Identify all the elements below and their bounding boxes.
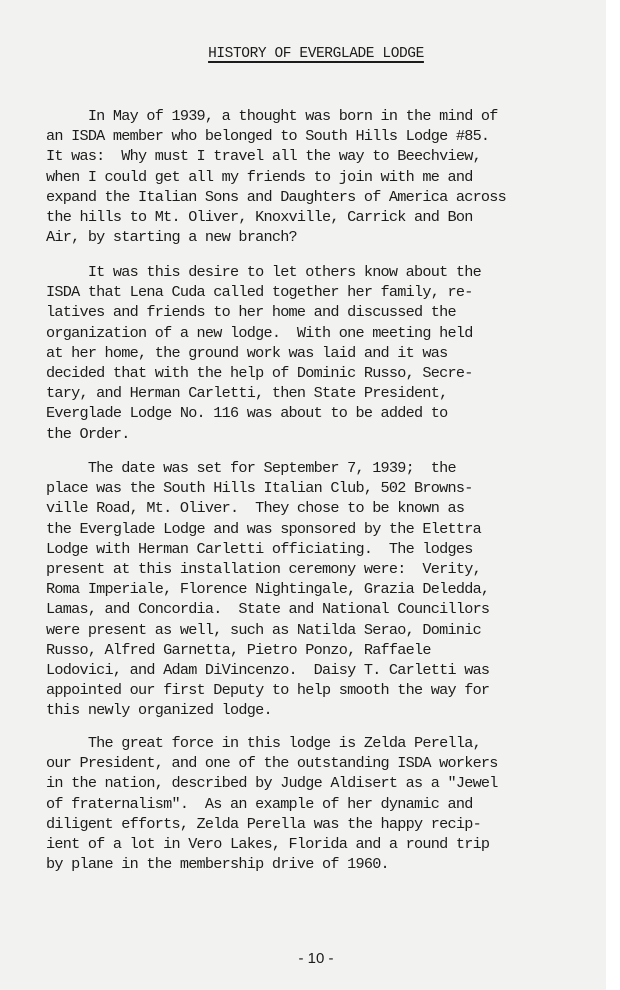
- text-line: in the nation, described by Judge Aldise…: [46, 773, 606, 793]
- text-line: appointed our first Deputy to help smoot…: [46, 680, 606, 700]
- text-line: organization of a new lodge. With one me…: [46, 323, 606, 343]
- paragraph-origin: In May of 1939, a thought was born in th…: [46, 106, 606, 247]
- text-line: Everglade Lodge No. 116 was about to be …: [46, 403, 606, 423]
- text-line: ient of a lot in Vero Lakes, Florida and…: [46, 834, 606, 854]
- text-line: In May of 1939, a thought was born in th…: [46, 106, 606, 126]
- paragraph-founding: It was this desire to let others know ab…: [46, 262, 606, 444]
- text-line: The great force in this lodge is Zelda P…: [46, 733, 606, 753]
- paragraph-installation: The date was set for September 7, 1939; …: [46, 458, 606, 720]
- text-line: present at this installation ceremony we…: [46, 559, 606, 579]
- text-line: Lamas, and Concordia. State and National…: [46, 599, 606, 619]
- text-line: Air, by starting a new branch?: [46, 227, 606, 247]
- text-line: when I could get all my friends to join …: [46, 167, 606, 187]
- document-title: HISTORY OF EVERGLADE LODGE: [46, 46, 586, 62]
- text-line: It was this desire to let others know ab…: [46, 262, 606, 282]
- page-edge: [606, 0, 620, 990]
- text-line: were present as well, such as Natilda Se…: [46, 620, 606, 640]
- page-number: - 10 -: [46, 950, 586, 967]
- text-line: expand the Italian Sons and Daughters of…: [46, 187, 606, 207]
- text-line: of fraternalism". As an example of her d…: [46, 794, 606, 814]
- text-line: the hills to Mt. Oliver, Knoxville, Carr…: [46, 207, 606, 227]
- paragraph-president: The great force in this lodge is Zelda P…: [46, 733, 606, 874]
- text-line: ville Road, Mt. Oliver. They chose to be…: [46, 498, 606, 518]
- text-line: the Everglade Lodge and was sponsored by…: [46, 519, 606, 539]
- document-title-text: HISTORY OF EVERGLADE LODGE: [208, 46, 424, 62]
- text-line: It was: Why must I travel all the way to…: [46, 146, 606, 166]
- text-line: at her home, the ground work was laid an…: [46, 343, 606, 363]
- text-line: tary, and Herman Carletti, then State Pr…: [46, 383, 606, 403]
- text-line: the Order.: [46, 424, 606, 444]
- text-line: Russo, Alfred Garnetta, Pietro Ponzo, Ra…: [46, 640, 606, 660]
- text-line: diligent efforts, Zelda Perella was the …: [46, 814, 606, 834]
- text-line: Lodge with Herman Carletti officiating. …: [46, 539, 606, 559]
- text-line: decided that with the help of Dominic Ru…: [46, 363, 606, 383]
- text-line: this newly organized lodge.: [46, 700, 606, 720]
- text-line: The date was set for September 7, 1939; …: [46, 458, 606, 478]
- text-line: latives and friends to her home and disc…: [46, 302, 606, 322]
- text-line: our President, and one of the outstandin…: [46, 753, 606, 773]
- text-line: an ISDA member who belonged to South Hil…: [46, 126, 606, 146]
- text-line: by plane in the membership drive of 1960…: [46, 854, 606, 874]
- text-line: Lodovici, and Adam DiVincenzo. Daisy T. …: [46, 660, 606, 680]
- text-line: Roma Imperiale, Florence Nightingale, Gr…: [46, 579, 606, 599]
- text-line: ISDA that Lena Cuda called together her …: [46, 282, 606, 302]
- text-line: place was the South Hills Italian Club, …: [46, 478, 606, 498]
